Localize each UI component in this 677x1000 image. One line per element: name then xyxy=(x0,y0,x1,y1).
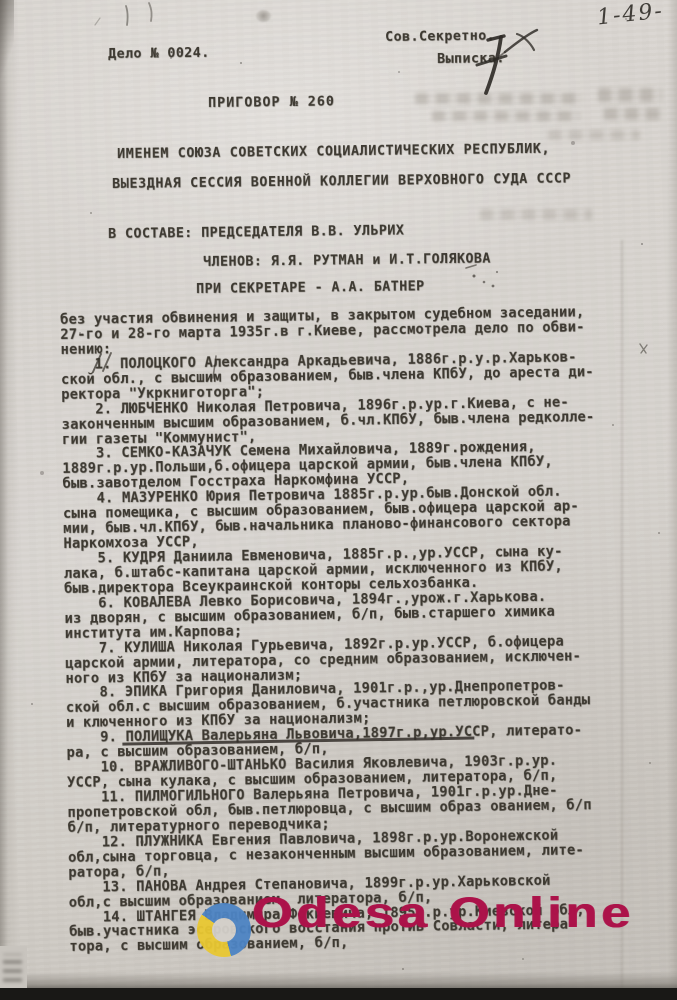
scan-corner-shadow xyxy=(0,0,14,80)
watermark-text: Odesa Online xyxy=(252,889,634,938)
scan-right-edge xyxy=(667,0,677,1000)
scan-left-edge xyxy=(0,0,18,1000)
handwritten-ink-marks xyxy=(0,0,677,1000)
underlying-page-corner xyxy=(0,946,27,992)
scan-bottom-background xyxy=(0,988,677,1000)
odesa-online-logo-icon xyxy=(197,903,251,957)
scanned-document-page: Дело № 0024. Сов.Секретно. Выписка. ПРИГ… xyxy=(0,0,677,1000)
